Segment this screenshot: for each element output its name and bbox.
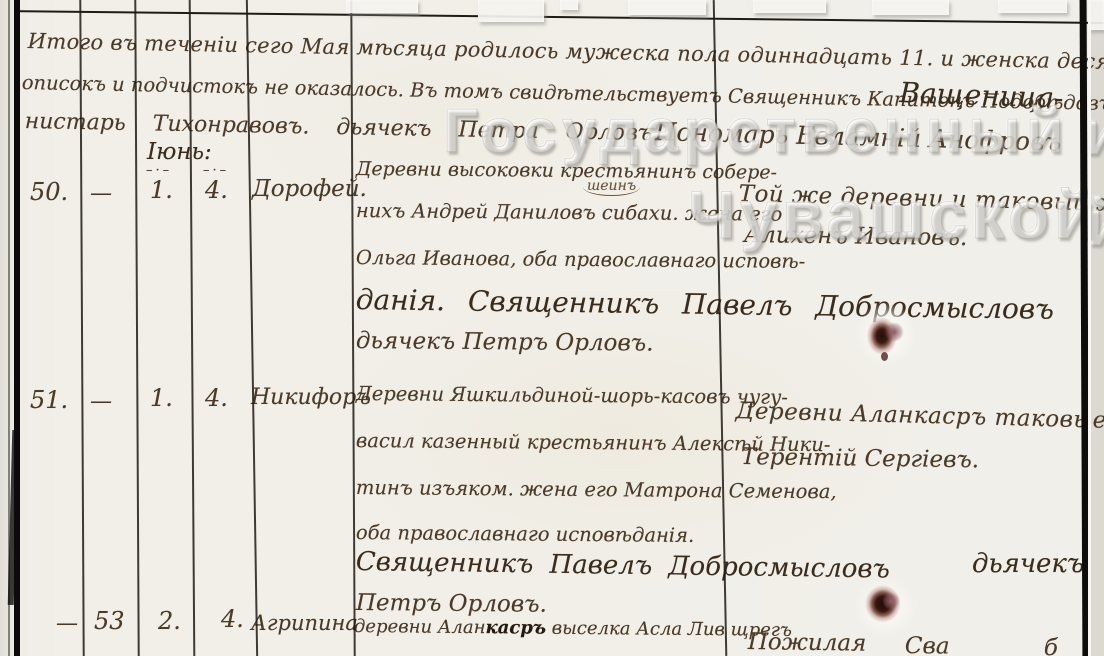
- watermark-letter-stub: [628, 0, 706, 15]
- birth-entry-line: Деревни Яшкильдиной-шорь-касовъ чугу-: [356, 384, 788, 408]
- officiant-title-word: дьячекъ: [972, 551, 1084, 578]
- officiant-signature-line: данія. Священникъ Павелъ Добросмысловъ: [356, 285, 1054, 324]
- ink-blot-lobe: [882, 592, 900, 610]
- record-number-male: 51.: [30, 388, 68, 413]
- watermark-text-line-1: Государственный: [443, 96, 1069, 167]
- watermark-letter-stub: [346, 0, 418, 13]
- table-rule-vertical-3: [189, 0, 195, 656]
- watermark-letter-stub: [478, 0, 544, 22]
- godparents-partial-word: б: [1044, 636, 1058, 656]
- birth-day: 1.: [150, 386, 173, 411]
- record-number-female-dash: —: [90, 390, 112, 413]
- child-name: Дорофей.: [252, 177, 367, 201]
- godparents-line: Деревни Аланкасръ таковые же: [735, 399, 1104, 434]
- inserted-correction-word: шеинъ: [583, 179, 640, 194]
- ink-blot-tail-dot: [881, 352, 888, 361]
- watermark-letter-stub: [872, 0, 949, 15]
- metrical-book-scan-page: Итого въ теченіи сего Мая мѣсяца родилос…: [0, 0, 1104, 656]
- birth-day: 1.: [150, 178, 173, 203]
- godparents-partial-word: Пожилая: [748, 630, 867, 656]
- birth-day: 2.: [158, 609, 181, 634]
- entry-part-overwritten: касръ: [485, 617, 546, 639]
- ink-blot-lobe: [884, 322, 904, 342]
- officiant-signature-line: Священникъ Павелъ Добросмысловъ: [356, 549, 890, 584]
- godparents-partial-word: Сва: [905, 634, 950, 656]
- child-name: Агрипина: [251, 612, 358, 634]
- watermark-letter-stub: [560, 0, 578, 10]
- record-number-female-dash: —: [90, 182, 112, 205]
- baptism-day: 4.: [205, 386, 228, 411]
- birth-entry-line: оба православнаго исповѣданія.: [356, 523, 694, 546]
- watermark-letter-stub: [998, 0, 1067, 13]
- baptism-day: 4.: [221, 607, 244, 632]
- record-number-male: 50.: [30, 180, 68, 205]
- record-number-female: 53: [94, 609, 125, 634]
- watermark-letter-stub: [753, 0, 826, 13]
- baptism-day: 4.: [205, 178, 228, 203]
- officiant-signature-line: Петръ Орловъ.: [356, 591, 547, 617]
- record-number-male-dash: —: [56, 612, 78, 635]
- birth-entry-line: тинъ изъяком. жена его Матрона Семенова,: [356, 478, 837, 503]
- watermark-text-line-2: Чувашской: [688, 176, 1099, 254]
- right-edge-white-sliver: [1088, 0, 1091, 656]
- entry-part: деревни Алан: [354, 616, 486, 638]
- table-rule-vertical-1: [79, 0, 84, 656]
- table-rule-vertical-2: [134, 0, 139, 656]
- officiant-signature-line: дьячекъ Петръ Орловъ.: [356, 329, 654, 356]
- inserted-word-text: шеинъ: [583, 178, 640, 196]
- godparents-line: Терентій Сергіевъ.: [741, 445, 980, 472]
- month-header: Іюнь:: [147, 140, 212, 164]
